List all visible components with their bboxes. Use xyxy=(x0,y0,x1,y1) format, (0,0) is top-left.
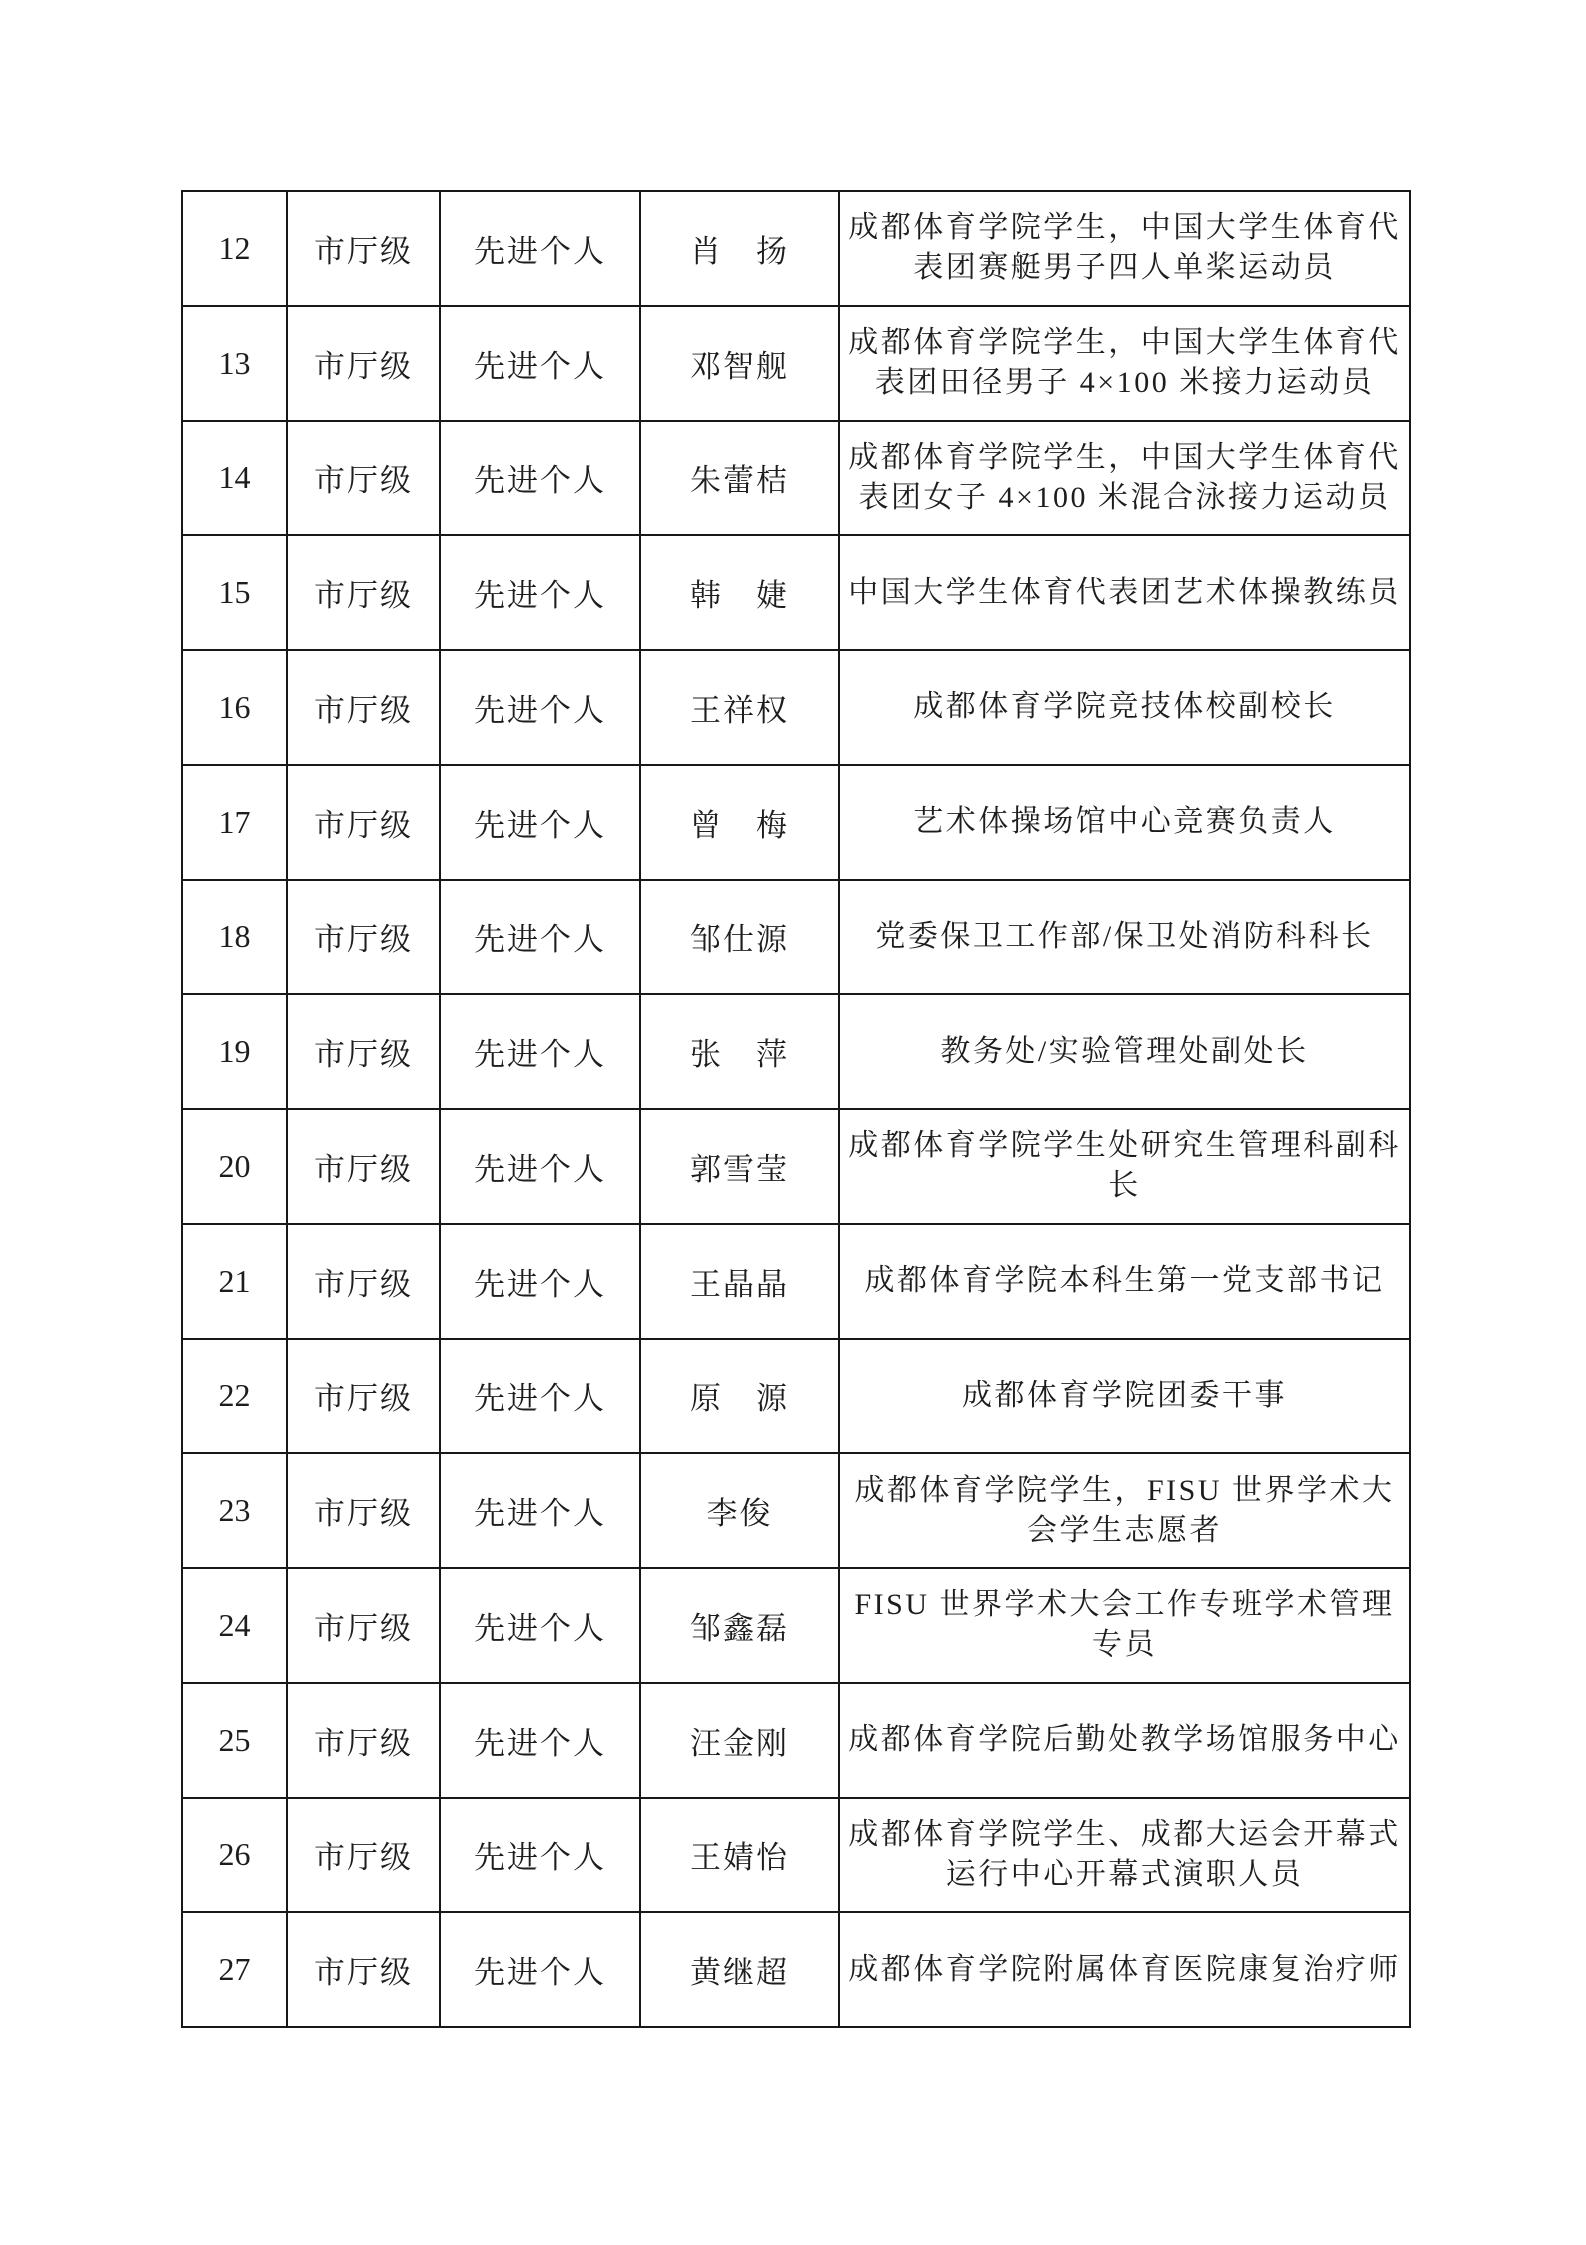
table-row: 18市厅级先进个人邹仕源党委保卫工作部/保卫处消防科科长 xyxy=(182,880,1410,995)
cell-description: 成都体育学院学生，中国大学生体育代表团田径男子 4×100 米接力运动员 xyxy=(839,306,1410,421)
cell-level: 市厅级 xyxy=(287,650,440,765)
cell-award-type: 先进个人 xyxy=(440,191,640,306)
cell-person-name: 黄继超 xyxy=(640,1912,839,2027)
cell-award-type: 先进个人 xyxy=(440,1568,640,1683)
cell-person-name: 李俊 xyxy=(640,1453,839,1568)
cell-row-number: 14 xyxy=(182,421,287,536)
cell-level: 市厅级 xyxy=(287,535,440,650)
cell-description: 成都体育学院学生，FISU 世界学术大会学生志愿者 xyxy=(839,1453,1410,1568)
cell-row-number: 17 xyxy=(182,765,287,880)
cell-description: 中国大学生体育代表团艺术体操教练员 xyxy=(839,535,1410,650)
cell-description: 艺术体操场馆中心竞赛负责人 xyxy=(839,765,1410,880)
cell-level: 市厅级 xyxy=(287,306,440,421)
cell-person-name: 邹仕源 xyxy=(640,880,839,995)
table-row: 25市厅级先进个人汪金刚成都体育学院后勤处教学场馆服务中心 xyxy=(182,1683,1410,1798)
table-row: 12市厅级先进个人肖 扬成都体育学院学生，中国大学生体育代表团赛艇男子四人单桨运… xyxy=(182,191,1410,306)
table-row: 19市厅级先进个人张 萍教务处/实验管理处副处长 xyxy=(182,994,1410,1109)
awards-table: 12市厅级先进个人肖 扬成都体育学院学生，中国大学生体育代表团赛艇男子四人单桨运… xyxy=(181,190,1411,2028)
cell-award-type: 先进个人 xyxy=(440,1109,640,1224)
cell-person-name: 汪金刚 xyxy=(640,1683,839,1798)
cell-person-name: 邹鑫磊 xyxy=(640,1568,839,1683)
cell-row-number: 12 xyxy=(182,191,287,306)
table-row: 24市厅级先进个人邹鑫磊FISU 世界学术大会工作专班学术管理专员 xyxy=(182,1568,1410,1683)
cell-row-number: 21 xyxy=(182,1224,287,1339)
table-row: 17市厅级先进个人曾 梅艺术体操场馆中心竞赛负责人 xyxy=(182,765,1410,880)
cell-row-number: 18 xyxy=(182,880,287,995)
cell-level: 市厅级 xyxy=(287,1568,440,1683)
cell-level: 市厅级 xyxy=(287,1109,440,1224)
cell-person-name: 曾 梅 xyxy=(640,765,839,880)
table-row: 15市厅级先进个人韩 婕中国大学生体育代表团艺术体操教练员 xyxy=(182,535,1410,650)
cell-description: 成都体育学院附属体育医院康复治疗师 xyxy=(839,1912,1410,2027)
cell-award-type: 先进个人 xyxy=(440,994,640,1109)
cell-level: 市厅级 xyxy=(287,994,440,1109)
cell-person-name: 郭雪莹 xyxy=(640,1109,839,1224)
table-row: 13市厅级先进个人邓智舰成都体育学院学生，中国大学生体育代表团田径男子 4×10… xyxy=(182,306,1410,421)
cell-person-name: 韩 婕 xyxy=(640,535,839,650)
cell-level: 市厅级 xyxy=(287,1453,440,1568)
document-page: 12市厅级先进个人肖 扬成都体育学院学生，中国大学生体育代表团赛艇男子四人单桨运… xyxy=(0,0,1586,2245)
cell-description: 成都体育学院学生、成都大运会开幕式运行中心开幕式演职人员 xyxy=(839,1798,1410,1913)
cell-description: FISU 世界学术大会工作专班学术管理专员 xyxy=(839,1568,1410,1683)
cell-level: 市厅级 xyxy=(287,191,440,306)
cell-description: 党委保卫工作部/保卫处消防科科长 xyxy=(839,880,1410,995)
cell-person-name: 张 萍 xyxy=(640,994,839,1109)
cell-row-number: 27 xyxy=(182,1912,287,2027)
cell-row-number: 16 xyxy=(182,650,287,765)
cell-description: 成都体育学院后勤处教学场馆服务中心 xyxy=(839,1683,1410,1798)
awards-table-body: 12市厅级先进个人肖 扬成都体育学院学生，中国大学生体育代表团赛艇男子四人单桨运… xyxy=(182,191,1410,2027)
table-row: 21市厅级先进个人王晶晶成都体育学院本科生第一党支部书记 xyxy=(182,1224,1410,1339)
cell-description: 成都体育学院团委干事 xyxy=(839,1339,1410,1454)
cell-award-type: 先进个人 xyxy=(440,421,640,536)
cell-award-type: 先进个人 xyxy=(440,880,640,995)
cell-award-type: 先进个人 xyxy=(440,1339,640,1454)
table-row: 27市厅级先进个人黄继超成都体育学院附属体育医院康复治疗师 xyxy=(182,1912,1410,2027)
cell-level: 市厅级 xyxy=(287,1683,440,1798)
cell-award-type: 先进个人 xyxy=(440,1798,640,1913)
cell-row-number: 20 xyxy=(182,1109,287,1224)
cell-row-number: 13 xyxy=(182,306,287,421)
cell-level: 市厅级 xyxy=(287,1912,440,2027)
cell-award-type: 先进个人 xyxy=(440,1683,640,1798)
cell-person-name: 原 源 xyxy=(640,1339,839,1454)
cell-row-number: 19 xyxy=(182,994,287,1109)
cell-person-name: 肖 扬 xyxy=(640,191,839,306)
table-row: 23市厅级先进个人李俊成都体育学院学生，FISU 世界学术大会学生志愿者 xyxy=(182,1453,1410,1568)
cell-level: 市厅级 xyxy=(287,1224,440,1339)
cell-description: 成都体育学院本科生第一党支部书记 xyxy=(839,1224,1410,1339)
cell-award-type: 先进个人 xyxy=(440,765,640,880)
cell-award-type: 先进个人 xyxy=(440,1912,640,2027)
cell-row-number: 25 xyxy=(182,1683,287,1798)
cell-award-type: 先进个人 xyxy=(440,306,640,421)
cell-row-number: 26 xyxy=(182,1798,287,1913)
cell-row-number: 23 xyxy=(182,1453,287,1568)
cell-person-name: 王晶晶 xyxy=(640,1224,839,1339)
table-row: 16市厅级先进个人王祥权成都体育学院竞技体校副校长 xyxy=(182,650,1410,765)
cell-level: 市厅级 xyxy=(287,1339,440,1454)
cell-level: 市厅级 xyxy=(287,880,440,995)
cell-award-type: 先进个人 xyxy=(440,1453,640,1568)
cell-description: 成都体育学院竞技体校副校长 xyxy=(839,650,1410,765)
cell-row-number: 22 xyxy=(182,1339,287,1454)
cell-description: 成都体育学院学生，中国大学生体育代表团赛艇男子四人单桨运动员 xyxy=(839,191,1410,306)
cell-person-name: 王婧怡 xyxy=(640,1798,839,1913)
table-row: 20市厅级先进个人郭雪莹成都体育学院学生处研究生管理科副科长 xyxy=(182,1109,1410,1224)
cell-award-type: 先进个人 xyxy=(440,535,640,650)
cell-level: 市厅级 xyxy=(287,421,440,536)
table-row: 14市厅级先进个人朱蕾桔成都体育学院学生，中国大学生体育代表团女子 4×100 … xyxy=(182,421,1410,536)
cell-award-type: 先进个人 xyxy=(440,1224,640,1339)
cell-description: 教务处/实验管理处副处长 xyxy=(839,994,1410,1109)
table-row: 22市厅级先进个人原 源成都体育学院团委干事 xyxy=(182,1339,1410,1454)
table-row: 26市厅级先进个人王婧怡成都体育学院学生、成都大运会开幕式运行中心开幕式演职人员 xyxy=(182,1798,1410,1913)
cell-description: 成都体育学院学生，中国大学生体育代表团女子 4×100 米混合泳接力运动员 xyxy=(839,421,1410,536)
cell-award-type: 先进个人 xyxy=(440,650,640,765)
cell-level: 市厅级 xyxy=(287,765,440,880)
cell-person-name: 邓智舰 xyxy=(640,306,839,421)
cell-person-name: 朱蕾桔 xyxy=(640,421,839,536)
cell-row-number: 24 xyxy=(182,1568,287,1683)
cell-description: 成都体育学院学生处研究生管理科副科长 xyxy=(839,1109,1410,1224)
cell-row-number: 15 xyxy=(182,535,287,650)
cell-person-name: 王祥权 xyxy=(640,650,839,765)
cell-level: 市厅级 xyxy=(287,1798,440,1913)
